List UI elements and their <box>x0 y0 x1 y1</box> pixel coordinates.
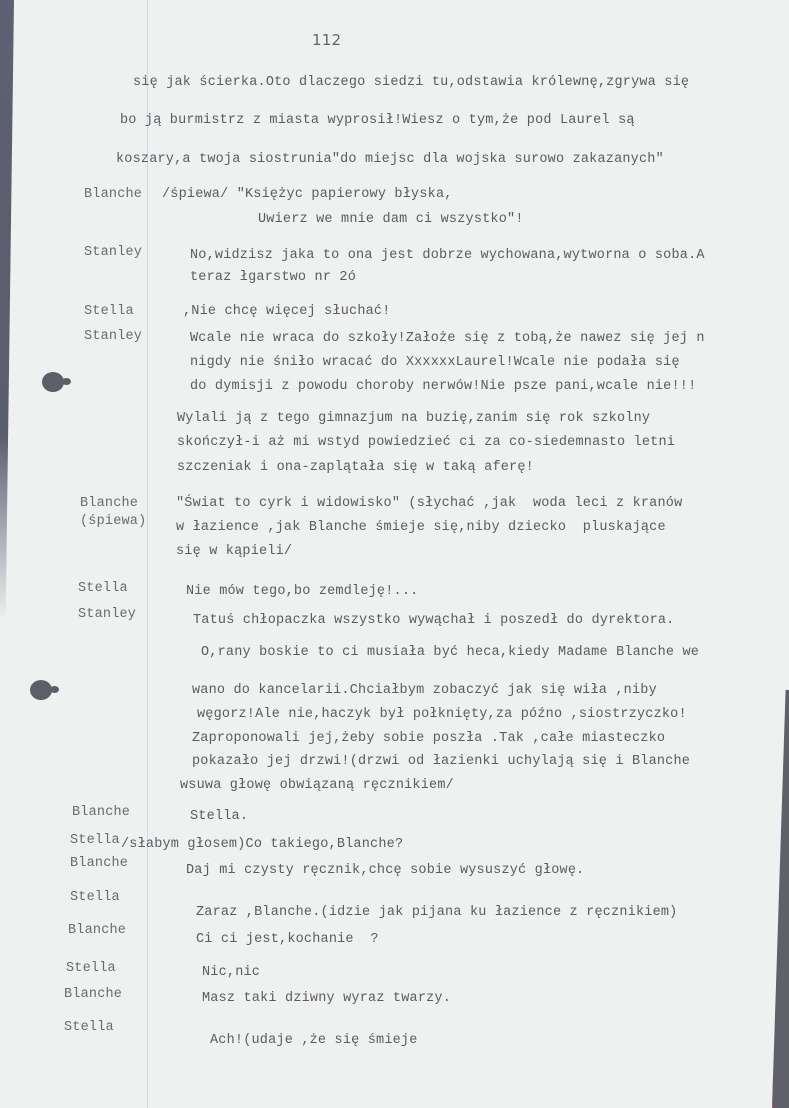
dialogue-line: w łazience ,jak Blanche śmieje się,niby … <box>176 521 666 535</box>
punch-hole-icon <box>42 372 64 392</box>
speaker-name: Stella <box>70 891 120 905</box>
speaker-name: Blanche <box>70 857 128 871</box>
dialogue-line: "Świat to cyrk i widowisko" (słychać ,ja… <box>176 497 682 511</box>
dialogue-line: O,rany boskie to ci musiała być heca,kie… <box>201 646 699 660</box>
dialogue-line: Uwierz we mnie dam ci wszystko"! <box>258 213 524 227</box>
speaker-name: Stella <box>66 962 116 976</box>
intro-line: koszary,a twoja siostrunia"do miejsc dla… <box>116 153 664 167</box>
speaker-name: Stanley <box>84 246 142 260</box>
speaker-name: Stella <box>70 834 120 848</box>
dialogue-line: Wylali ją z tego gimnazjum na buzię,zani… <box>177 412 650 426</box>
dialogue-line: Ach!(udaje ,że się śmieje <box>210 1034 418 1048</box>
dialogue-line: Stella. <box>190 810 248 824</box>
scan-edge-left <box>0 0 14 620</box>
speaker-name: Stanley <box>78 608 136 622</box>
speaker-name: Blanche <box>64 988 122 1002</box>
speaker-name: Stella <box>84 305 134 319</box>
dialogue-line: Ci ci jest,kochanie ? <box>196 933 379 947</box>
dialogue-line: Zaproponowali jej,żeby sobie poszła .Tak… <box>192 732 665 746</box>
dialogue-line: Nic,nic <box>202 966 260 980</box>
speaker-name: Stella <box>64 1021 114 1035</box>
dialogue-line: węgorz!Ale nie,haczyk był połknięty,za p… <box>197 708 687 722</box>
dialogue-line: skończył-i aż mi wstyd powiedzieć ci za … <box>177 436 675 450</box>
dialogue-line: Wcale nie wraca do szkoły!Założe się z t… <box>190 332 705 346</box>
dialogue-line: ,Nie chcę więcej słuchać! <box>183 305 391 319</box>
speaker-name: Blanche <box>84 188 142 202</box>
dialogue-line: Masz taki dziwny wyraz twarzy. <box>202 992 451 1006</box>
dialogue-line: /śpiewa/ "Księżyc papierowy błyska, <box>162 188 453 202</box>
dialogue-line: się w kąpieli/ <box>176 545 292 559</box>
intro-line: bo ją burmistrz z miasta wyprosił!Wiesz … <box>120 114 635 128</box>
speaker-name: Blanche <box>72 806 130 820</box>
typewritten-page: 112 się jak ścierka.Oto dlaczego siedzi … <box>0 0 789 1108</box>
dialogue-line: szczeniak i ona-zaplątała się w taką afe… <box>177 461 534 475</box>
dialogue-line: Daj mi czysty ręcznik,chcę sobie wysuszy… <box>186 864 584 878</box>
scan-edge-right <box>772 690 789 1108</box>
dialogue-line: No,widzisz jaka to ona jest dobrze wycho… <box>190 249 705 263</box>
speaker-name: Blanche <box>80 497 138 511</box>
dialogue-line: nigdy nie śniło wracać do XxxxxxLaurel!W… <box>190 356 680 370</box>
dialogue-line: pokazało jej drzwi!(drzwi od łazienki uc… <box>192 755 690 769</box>
dialogue-line: Tatuś chłopaczka wszystko wywąchał i pos… <box>193 614 674 628</box>
speaker-name: Stella <box>78 582 128 596</box>
speaker-name: Stanley <box>84 330 142 344</box>
speaker-name: Blanche <box>68 924 126 938</box>
dialogue-line: Nie mów tego,bo zemdleję!... <box>186 585 418 599</box>
dialogue-line: /słabym głosem)Co takiego,Blanche? <box>121 838 403 852</box>
dialogue-line: do dymisji z powodu choroby nerwów!Nie p… <box>190 380 696 394</box>
speaker-direction: (śpiewa) <box>80 515 146 529</box>
dialogue-line: Zaraz ,Blanche.(idzie jak pijana ku łazi… <box>196 906 677 920</box>
intro-line: się jak ścierka.Oto dlaczego siedzi tu,o… <box>133 76 689 90</box>
punch-hole-icon <box>30 680 52 700</box>
dialogue-line: teraz łgarstwo nr 2ó <box>190 271 356 285</box>
dialogue-line: wano do kancelarii.Chciałbym zobaczyć ja… <box>192 684 657 698</box>
dialogue-line: wsuwa głowę obwiązaną ręcznikiem/ <box>180 779 454 793</box>
page-number: 112 <box>312 33 341 48</box>
